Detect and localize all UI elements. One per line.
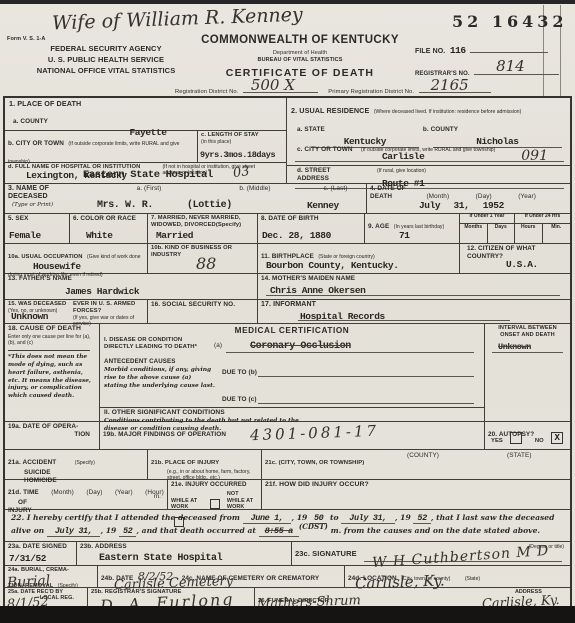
due-to-c-label: DUE TO (c) [222,396,257,404]
file-no-value: 116 [450,45,466,56]
res-state-label: a. STATE [297,126,325,133]
header: Wife of William R. Kenney Form V. S. 1-A… [0,4,575,96]
date-signed-cell: 23a. DATE SIGNED 7/31/52 [5,542,77,565]
armed-forces-label: 15. WAS DECEASED [8,301,67,308]
burial-type-cell: 24a. BURIAL, CREMA- TION, REMOVAL (Speci… [5,566,98,587]
cdst-stamp: (CDST) [299,522,328,531]
primary-district-label: Primary Registration District No. [328,89,414,95]
sex-label: 5. SEX [8,215,66,223]
dob-value: Dec. 28, 1880 [262,230,331,241]
reg-district-label: Registration District No. [175,89,238,95]
accident-cell: 21a. ACCIDENT (Specify) SUICIDE HOMICIDE [5,450,148,479]
armed-forces-cell: 15. WAS DECEASED (Yes, no, or unknown) U… [5,300,70,323]
informant-label: 17. INFORMANT [261,301,567,309]
age-label: 9. AGE [368,223,389,230]
injury-m-suffix: m. [154,493,161,501]
cause-a-value: Coronary Occlusion [250,341,351,352]
certify-text-8: m. from the causes and on the date state… [331,526,540,535]
state-county-row: a. STATE Kentucky b. COUNTY Nicholas [287,118,570,137]
section-usual-residence: 2. USUAL RESIDENCE (Where deceased lived… [287,98,570,183]
injury-day-label: (Day) [86,489,102,496]
how-did-injury-occur-cell: 21f. HOW DID INJURY OCCUR? [262,480,570,509]
row-signature: 23a. DATE SIGNED 7/31/52 23b. ADDRESS Ea… [5,542,570,566]
physician-address-cell: 23b. ADDRESS Eastern State Hospital [77,542,292,565]
while-at-work-checkbox [210,499,220,509]
row-parents: 13. FATHER'S NAME James Hardwick 14. MOT… [5,274,570,300]
certify-to-year: 52 [413,513,430,524]
armed-forces-value: Unknown [11,311,48,322]
name-last-cell: c. (Last) Kenney [305,184,367,213]
how-injury-label: 21f. HOW DID INJURY OCCUR? [265,481,567,489]
hours-header: Hours [515,224,543,244]
race-cell: 6. COLOR OR RACE White [70,214,148,243]
father-value: James Hardwick [65,286,139,297]
months-header: Months [460,224,488,244]
name-first-value: Mrs. W. R. [97,200,153,211]
medical-certification-title: MEDICAL CERTIFICATION [100,324,484,336]
row-personal-1: 5. SEX Female 6. COLOR OR RACE White 7. … [5,214,570,244]
registrar-signature-cell: 25b. REGISTRAR'S SIGNATURE D. A. Furlong [88,588,255,608]
mother-value: Chris Anne Okersen [270,285,365,296]
birthplace-label: 11. BIRTHPLACE [261,253,314,260]
certify-alive-date: July 31, [47,526,101,537]
handwritten-note: Wife of William R. Kenney [52,4,303,35]
commonwealth-title: COMMONWEALTH OF KENTUCKY [195,34,405,48]
stamped-file-number: 52 16432 [452,12,568,31]
row-registrar: 25a. DATE REC'D BY LOCAL REG. 8/1/52 25b… [5,588,570,608]
race-value: White [86,230,113,241]
stay-label: c. LENGTH OF STAY [201,132,283,139]
time-of-injury-cell: 21d. TIME (Month) (Day) (Year) (Hour) OF… [5,480,168,509]
agency-line-3: NATIONAL OFFICE VITAL STATISTICS [6,66,206,75]
under-1-year-header: If Under 1 Year [460,214,515,223]
sex-value: Female [9,230,41,241]
agency-line-2: U. S. PUBLIC HEALTH SERVICE [6,55,206,64]
date-of-death-value: July 31, 1952 [419,200,504,211]
registrar-no-value: 814 [496,57,525,75]
certify-text-4: , 19 [395,513,411,522]
row-operation: 19a. DATE OF OPERA- TION 19b. MAJOR FIND… [5,422,570,450]
industry-cell: 10b. KIND OF BUSINESS OR INDUSTRY 88 [148,244,258,273]
armed-forces-note-cell: EVER IN U. S. ARMED FORCES? (If yes, giv… [70,300,148,323]
certify-text-1: 22. I hereby certify that I attended the… [11,513,240,522]
age-cell: 9. AGE (In years last birthday) 71 [365,214,460,243]
residence-title-note: (Where deceased lived. If institution: r… [374,109,522,115]
age-value: 71 [399,230,410,241]
occupation-cell: 10a. USUAL OCCUPATION (Give kind of work… [5,244,148,273]
marital-label: 7. MARRIED, NEVER MARRIED, WIDOWED, DIVO… [151,215,254,229]
cause-note: Enter only one cause per line for (a), (… [8,334,96,346]
death-certificate: Wife of William R. Kenney Form V. S. 1-A… [0,0,575,623]
dept-of-health: Department of Health [195,50,405,57]
name-title-note: (Type or Print) [12,202,90,208]
stay-value: 9yrs.3mos.18days [200,150,275,160]
morbid-note: Morbid conditions, if any, giving rise t… [104,366,216,389]
injury-month-label: (Month) [51,489,74,496]
res-street-label: d. STREET ADDRESS [297,167,342,182]
reg-district-value: 500 X [251,76,295,94]
res-county-label: b. COUNTY [423,126,458,133]
time-of-injury-label: 21d. TIME [8,489,39,496]
certify-to-date: July 31, [341,513,395,524]
date-of-operation-cell: 19a. DATE OF OPERA- TION [5,422,100,449]
armed-forces-label2: EVER IN U. S. ARMED FORCES? [73,301,144,315]
dod-day-label: (Day) [476,193,492,200]
form-grid: 1. PLACE OF DEATH a. COUNTY Fayette b. C… [3,96,572,610]
row-burial: 24a. BURIAL, CREMA- TION, REMOVAL (Speci… [5,566,570,588]
cause-a-tag: (a) [214,342,222,350]
name-last-label: c. (Last) [308,185,363,193]
signature-label: 23c. SIGNATURE [295,549,357,558]
major-findings-cell: 19b. MAJOR FINDINGS OF OPERATION 4301-08… [100,422,485,449]
sex-cell: 5. SEX Female [5,214,70,243]
name-middle-label: b. (Middle) [208,185,302,193]
interval-cell: INTERVAL BETWEEN ONSET AND DEATH Unknown [485,324,570,421]
certify-alive-year: 52 [119,526,136,537]
date-signed-label: 23a. DATE SIGNED [8,543,73,551]
marital-value: Married [156,230,193,241]
injury-occurred-cell: 21e. INJURY OCCURRED WHILE AT WORK NOT W… [168,480,262,509]
injury-county-label: (COUNTY) [407,452,439,460]
interval-label: INTERVAL BETWEEN ONSET AND DEATH [488,325,567,338]
time-of-injury-label-2: OF [18,499,164,507]
county-label: a. COUNTY [13,118,48,125]
res-city-label: c. CITY OR TOWN [297,146,353,153]
burial-location-cell: 24d. LOCATION (City, town, or county) (S… [345,566,570,587]
dod-month-label: (Month) [426,193,449,200]
under-24-hrs-header: If Under 24 Hrs [515,214,570,223]
citizen-value: U.S.A. [506,259,538,270]
physician-address-label: 23b. ADDRESS [80,543,288,551]
injury-location-cell: 21c. (CITY, TOWN, OR TOWNSHIP) (COUNTY) … [262,450,570,479]
dob-cell: 8. DATE OF BIRTH Dec. 28, 1880 [258,214,365,243]
reg-district-line: 500 X [243,92,318,93]
father-cell: 13. FATHER'S NAME James Hardwick [5,274,258,299]
antecedent-causes-label: ANTECEDENT CAUSES [100,358,484,365]
operation-date-label-1: 19a. DATE OF OPERA- [8,423,96,431]
industry-value: 88 [196,254,216,273]
agency-line-1: FEDERAL SECURITY AGENCY [6,44,206,53]
name-middle-cell: b. (Middle) (Lottie) [205,184,305,213]
certificate-title: CERTIFICATE OF DEATH [195,67,405,80]
major-findings-value: 4301-081-17 [250,422,380,444]
res-city-row: c. CITY OR TOWN (If outside corporate li… [287,137,570,165]
autopsy-no-checkbox: X [551,432,563,444]
certify-from-date: June 1, [243,513,292,524]
autopsy-no-label: NO [535,438,544,444]
injury-state-label: (STATE) [507,452,532,460]
name-of-deceased-label-cell: 3. NAME OF DECEASED (Type or Print) [5,184,93,213]
res-city-value: Carlisle [382,151,424,162]
file-no-label: FILE NO. [415,48,445,55]
county-row: a. COUNTY Fayette [5,109,286,131]
primary-district-value: 2165 [431,76,469,94]
file-no-line [470,52,548,53]
file-no-row: FILE NO. 116 [415,40,565,58]
row-time-of-injury: 21d. TIME (Month) (Day) (Year) (Hour) OF… [5,480,570,510]
residence-title: 2. USUAL RESIDENCE [291,106,369,115]
title-block: COMMONWEALTH OF KENTUCKY Department of H… [195,34,405,80]
accident-label-1: 21a. ACCIDENT [8,459,56,466]
autopsy-yes-label: YES [491,438,503,444]
dob-label: 8. DATE OF BIRTH [261,215,361,223]
row-occupation: 10a. USUAL OCCUPATION (Give kind of work… [5,244,570,274]
scan-bottom-edge [0,606,575,623]
injury-occurred-label: 21e. INJURY OCCURRED [171,481,258,488]
place-of-injury-label: 21b. PLACE OF INJURY [151,460,219,466]
section-place-of-death: 1. PLACE OF DEATH a. COUNTY Fayette b. C… [5,98,287,183]
date-signed-value: 7/31/52 [9,553,46,564]
date-of-death-label: 4. DATE OF DEATH [370,185,408,200]
res-city-code: 091 [521,148,548,164]
funeral-director-cell: 26. FUNERAL DIRECTOR ADDRESS Mathers-Shr… [255,588,570,608]
min-header: Min. [543,224,571,244]
citizen-cell: 12. CITIZEN OF WHAT COUNTRY? U.S.A. [460,244,570,273]
certify-text-6: , 19 [100,526,116,535]
interval-value: Unknown [498,342,567,352]
cause-footnote: *This does not mean the mode of dying, s… [8,354,96,401]
registrar-no-line: 814 [474,74,559,75]
date-received-cell: 25a. DATE REC'D BY LOCAL REG. 8/1/52 [5,588,88,608]
major-findings-label: 19b. MAJOR FINDINGS OF OPERATION [103,431,226,438]
birthplace-value: Bourbon County, Kentucky. [266,260,399,271]
not-while-at-work-label: NOT WHILE AT WORK [227,491,257,510]
cause-title: 18. CAUSE OF DEATH [8,325,96,333]
bureau-vital-statistics: BUREAU OF VITAL STATISTICS [195,57,405,64]
row-certify-statement: 22. I hereby certify that I attended the… [5,510,570,542]
physician-address-value: Eastern State Hospital [99,553,222,564]
certify-text-7: , and that death occurred at [136,526,256,535]
occupation-label: 10a. USUAL OCCUPATION [8,254,83,260]
burial-date-cemetery-cell: 24b. DATE 8/2/52 24c. NAME OF CEMETERY O… [98,566,345,587]
injury-year-label: (Year) [115,489,133,496]
certify-time-value: 8:55 a [259,526,299,537]
autopsy-cell: 20. AUTOPSY? YES NO X [485,422,570,449]
primary-district-line: 2165 [419,92,491,93]
days-header: Days [488,224,516,244]
signature-cell: 23c. SIGNATURE (Degree or title) W H Cut… [292,542,570,565]
informant-cell: 17. INFORMANT Hospital Records [258,300,570,323]
form-number: Form V. S. 1-A [7,36,46,43]
medical-certification-cell: MEDICAL CERTIFICATION I. DISEASE OR COND… [100,324,485,421]
row-place-residence: 1. PLACE OF DEATH a. COUNTY Fayette b. C… [5,98,570,184]
ssn-label: 16. SOCIAL SECURITY NO. [151,301,254,309]
other-significant-label: II. OTHER SIGNIFICANT CONDITIONS [104,409,480,417]
name-first-label: a. (First) [96,185,202,193]
disease-condition-label-2: DIRECTLY LEADING TO DEATH* [104,344,212,351]
age-subtable: If Under 1 Year If Under 24 Hrs Months D… [460,214,570,243]
ssn-cell: 16. SOCIAL SECURITY NO. [148,300,258,323]
city-label: b. CITY OR TOWN [8,140,64,147]
while-at-work-label: WHILE AT WORK [171,498,203,511]
operation-date-label-2: TION [8,431,96,439]
name-middle-value: (Lottie) [187,200,232,211]
city-stay-row: b. CITY OR TOWN (If outside corporate li… [5,131,286,163]
row-medical-certification: 18. CAUSE OF DEATH Enter only one cause … [5,324,570,422]
dod-year-label: (Year) [518,193,536,200]
birthplace-cell: 11. BIRTHPLACE (State or foreign country… [258,244,460,273]
autopsy-yes-checkbox [510,432,522,444]
institution-code: 03 [232,164,250,181]
row-forces-informant: 15. WAS DECEASED (Yes, no, or unknown) U… [5,300,570,324]
row-accident: 21a. ACCIDENT (Specify) SUICIDE HOMICIDE… [5,450,570,480]
stay-note: (in this place) [201,139,283,145]
burial-location-state-note: (State) [465,576,480,582]
mother-cell: 14. MOTHER'S MAIDEN NAME Chris Anne Oker… [258,274,570,299]
place-of-injury-cell: 21b. PLACE OF INJURY (e.g., in or about … [148,450,262,479]
certify-text-3: to [330,513,339,522]
date-of-death-cell: 4. DATE OF DEATH (Month) (Day) (Year) Ju… [367,184,570,213]
due-to-b-label: DUE TO (b) [222,369,257,377]
burial-label-1: 24a. BURIAL, CREMA- [8,567,94,574]
occupation-value: Housewife [33,261,81,272]
accident-specify-note: (Specify) [75,460,95,466]
mother-label: 14. MOTHER'S MAIDEN NAME [261,275,567,283]
place-of-death-title: 1. PLACE OF DEATH [5,98,286,109]
accident-label-2: SUICIDE [24,469,144,477]
agency-block: FEDERAL SECURITY AGENCY U. S. PUBLIC HEA… [6,44,206,75]
row-name: 3. NAME OF DECEASED (Type or Print) a. (… [5,184,570,214]
institution-value: Eastern State Hospital [83,169,213,181]
father-label: 13. FATHER'S NAME [8,275,254,283]
name-title: 3. NAME OF DECEASED [8,185,90,202]
disease-condition-label-1: I. DISEASE OR CONDITION [104,337,212,344]
res-street-note: (If rural, give location) [377,168,426,174]
injury-city-label: 21c. (CITY, TOWN, OR TOWNSHIP) [265,460,364,466]
marital-cell: 7. MARRIED, NEVER MARRIED, WIDOWED, DIVO… [148,214,258,243]
certify-statement-cell: 22. I hereby certify that I attended the… [5,510,570,541]
cause-of-death-left-cell: 18. CAUSE OF DEATH Enter only one cause … [5,324,100,421]
race-label: 6. COLOR OR RACE [73,215,144,223]
certify-text-2: , 19 [291,513,307,522]
name-last-value: Kenney [307,200,339,211]
